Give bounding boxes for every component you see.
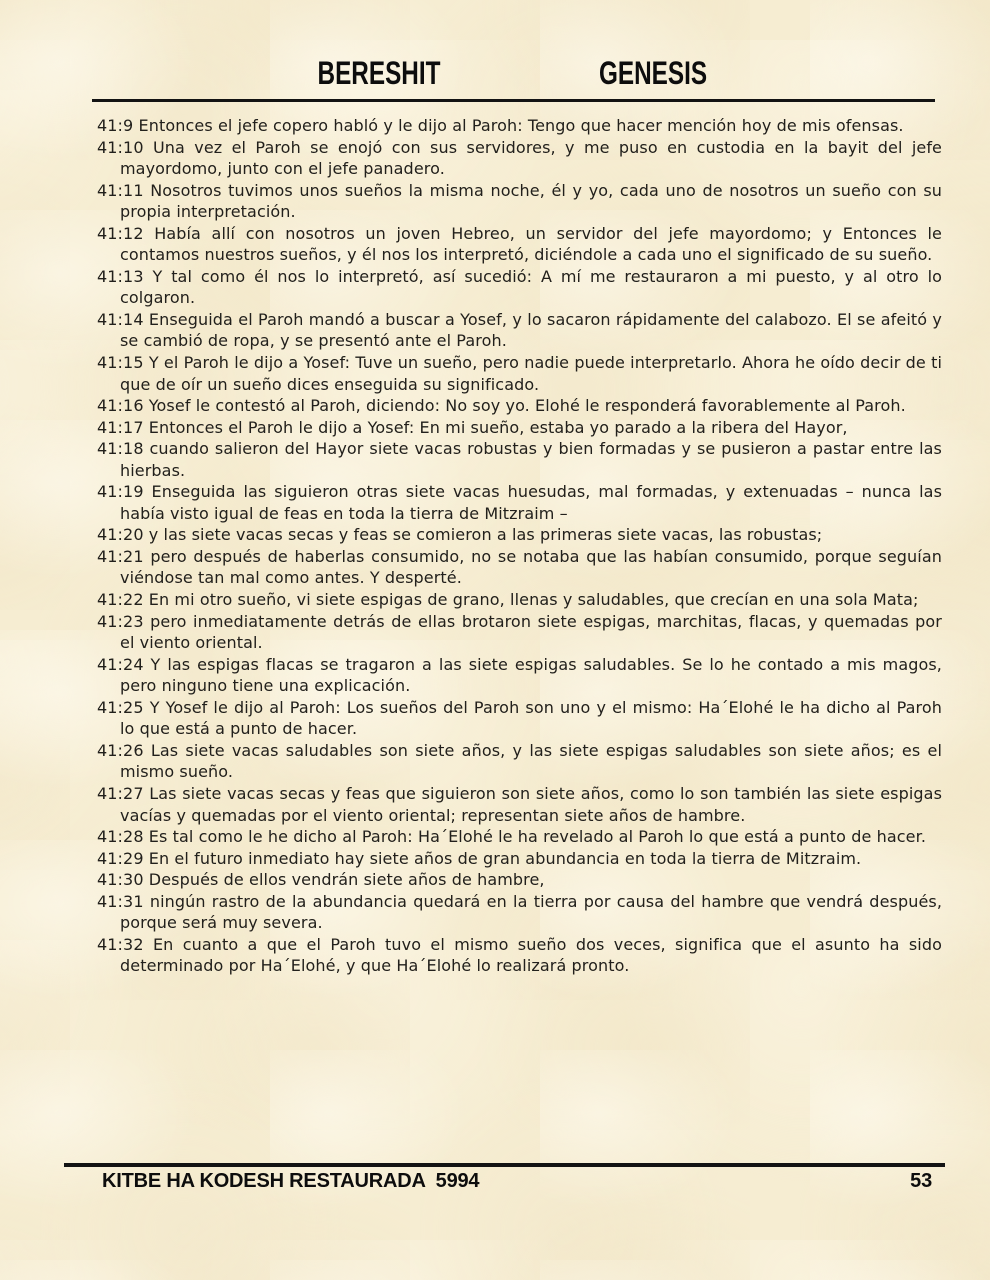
verse-text: Y el Paroh le dijo a Yosef: Tuve un sueñ…	[120, 353, 942, 394]
verse-text: Las siete vacas saludables son siete año…	[120, 741, 942, 782]
verse-number: 41:20	[97, 525, 144, 544]
document-page: BERESHIT GENESIS 41:9 Entonces el jefe c…	[0, 0, 990, 1280]
verse-41-25: 41:25 Y Yosef le dijo al Paroh: Los sueñ…	[97, 697, 942, 740]
verse-text: Enseguida las siguieron otras siete vaca…	[120, 482, 942, 523]
header-title-english: GENESIS	[599, 55, 707, 92]
verse-number: 41:32	[97, 935, 144, 954]
verse-number: 41:11	[97, 181, 144, 200]
verse-41-9: 41:9 Entonces el jefe copero habló y le …	[97, 115, 942, 137]
verse-41-30: 41:30 Después de ellos vendrán siete año…	[97, 869, 942, 891]
footer-book-title: KITBE HA KODESH RESTAURADA 5994	[102, 1170, 479, 1193]
page-number: 53	[910, 1170, 932, 1193]
verse-text: Entonces el Paroh le dijo a Yosef: En mi…	[149, 418, 848, 437]
verse-number: 41:26	[97, 741, 144, 760]
verse-41-32: 41:32 En cuanto a que el Paroh tuvo el m…	[97, 934, 942, 977]
verse-41-10: 41:10 Una vez el Paroh se enojó con sus …	[97, 137, 942, 180]
verse-41-27: 41:27 Las siete vacas secas y feas que s…	[97, 783, 942, 826]
verse-text: Y Yosef le dijo al Paroh: Los sueños del…	[120, 698, 942, 739]
verse-text: Yosef le contestó al Paroh, diciendo: No…	[149, 396, 906, 415]
verse-text: Una vez el Paroh se enojó con sus servid…	[120, 138, 942, 179]
verse-41-19: 41:19 Enseguida las siguieron otras siet…	[97, 481, 942, 524]
verse-text: y las siete vacas secas y feas se comier…	[149, 525, 823, 544]
verse-number: 41:24	[97, 655, 144, 674]
verse-number: 41:23	[97, 612, 144, 631]
verse-text: pero inmediatamente detrás de ellas brot…	[120, 612, 942, 653]
verse-41-29: 41:29 En el futuro inmediato hay siete a…	[97, 848, 942, 870]
verse-text: Y las espigas flacas se tragaron a las s…	[120, 655, 942, 696]
verse-text: pero después de haberlas consumido, no s…	[120, 547, 942, 588]
verse-41-12: 41:12 Había allí con nosotros un joven H…	[97, 223, 942, 266]
verse-number: 41:27	[97, 784, 144, 803]
verse-number: 41:12	[97, 224, 144, 243]
verse-number: 41:29	[97, 849, 144, 868]
verse-number: 41:16	[97, 396, 144, 415]
verse-number: 41:30	[97, 870, 144, 889]
page-header: BERESHIT GENESIS	[93, 0, 941, 100]
verse-text: Nosotros tuvimos unos sueños la misma no…	[120, 181, 942, 222]
verse-41-28: 41:28 Es tal como le he dicho al Paroh: …	[97, 826, 942, 848]
verse-number: 41:10	[97, 138, 144, 157]
verse-text: Había allí con nosotros un joven Hebreo,…	[120, 224, 942, 265]
verse-text: Enseguida el Paroh mandó a buscar a Yose…	[120, 310, 942, 351]
verse-41-11: 41:11 Nosotros tuvimos unos sueños la mi…	[97, 180, 942, 223]
header-title-hebrew: BERESHIT	[318, 55, 441, 92]
verse-41-23: 41:23 pero inmediatamente detrás de ella…	[97, 611, 942, 654]
verse-text: Y tal como él nos lo interpretó, así suc…	[120, 267, 942, 308]
verse-41-22: 41:22 En mi otro sueño, vi siete espigas…	[97, 589, 942, 611]
verse-text: En mi otro sueño, vi siete espigas de gr…	[149, 590, 919, 609]
verse-number: 41:13	[97, 267, 144, 286]
verse-number: 41:25	[97, 698, 144, 717]
verse-text: Entonces el jefe copero habló y le dijo …	[139, 116, 904, 135]
verse-number: 41:9	[97, 116, 133, 135]
verse-41-31: 41:31 ningún rastro de la abundancia que…	[97, 891, 942, 934]
verse-41-17: 41:17 Entonces el Paroh le dijo a Yosef:…	[97, 417, 942, 439]
header-divider	[92, 99, 935, 102]
verse-text: Es tal como le he dicho al Paroh: Ha´Elo…	[149, 827, 926, 846]
verse-text: En el futuro inmediato hay siete años de…	[149, 849, 861, 868]
verse-41-15: 41:15 Y el Paroh le dijo a Yosef: Tuve u…	[97, 352, 942, 395]
verse-text: En cuanto a que el Paroh tuvo el mismo s…	[120, 935, 942, 976]
verse-text: Después de ellos vendrán siete años de h…	[149, 870, 545, 889]
verse-number: 41:18	[97, 439, 144, 458]
verse-41-21: 41:21 pero después de haberlas consumido…	[97, 546, 942, 589]
verse-number: 41:21	[97, 547, 144, 566]
verse-41-24: 41:24 Y las espigas flacas se tragaron a…	[97, 654, 942, 697]
verse-text: cuando salieron del Hayor siete vacas ro…	[120, 439, 942, 480]
verse-41-13: 41:13 Y tal como él nos lo interpretó, a…	[97, 266, 942, 309]
verse-41-20: 41:20 y las siete vacas secas y feas se …	[97, 524, 942, 546]
footer-divider	[64, 1163, 945, 1167]
verse-number: 41:15	[97, 353, 144, 372]
verse-number: 41:19	[97, 482, 144, 501]
verse-41-16: 41:16 Yosef le contestó al Paroh, dicien…	[97, 395, 942, 417]
verse-text: ningún rastro de la abundancia quedará e…	[120, 892, 942, 933]
verse-number: 41:14	[97, 310, 144, 329]
verses-container: 41:9 Entonces el jefe copero habló y le …	[97, 115, 942, 977]
verse-text: Las siete vacas secas y feas que siguier…	[120, 784, 942, 825]
verse-number: 41:31	[97, 892, 144, 911]
verse-number: 41:22	[97, 590, 144, 609]
verse-number: 41:17	[97, 418, 144, 437]
verse-number: 41:28	[97, 827, 144, 846]
verse-41-26: 41:26 Las siete vacas saludables son sie…	[97, 740, 942, 783]
verse-41-18: 41:18 cuando salieron del Hayor siete va…	[97, 438, 942, 481]
verse-41-14: 41:14 Enseguida el Paroh mandó a buscar …	[97, 309, 942, 352]
